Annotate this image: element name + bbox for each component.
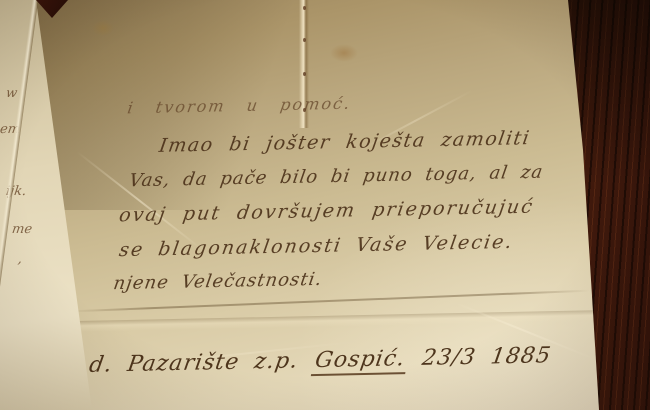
letter-photo: i tvorom u pomoć. Imao bi jošter koješta… (0, 0, 650, 410)
dateline-date: 23/3 1885 (420, 343, 553, 371)
page-fragment: me (11, 222, 33, 237)
handwritten-line: njene Velečastnosti. (112, 269, 324, 294)
letter-page: i tvorom u pomoć. Imao bi jošter koješta… (0, 0, 650, 410)
page-fragment: w (5, 86, 18, 101)
stain (92, 20, 114, 36)
dateline-prefix: d. Pazarište z.p. (87, 348, 300, 377)
page-fragment: , (17, 252, 23, 267)
stain (330, 44, 358, 62)
place-underlined: Gospić. (311, 346, 409, 376)
